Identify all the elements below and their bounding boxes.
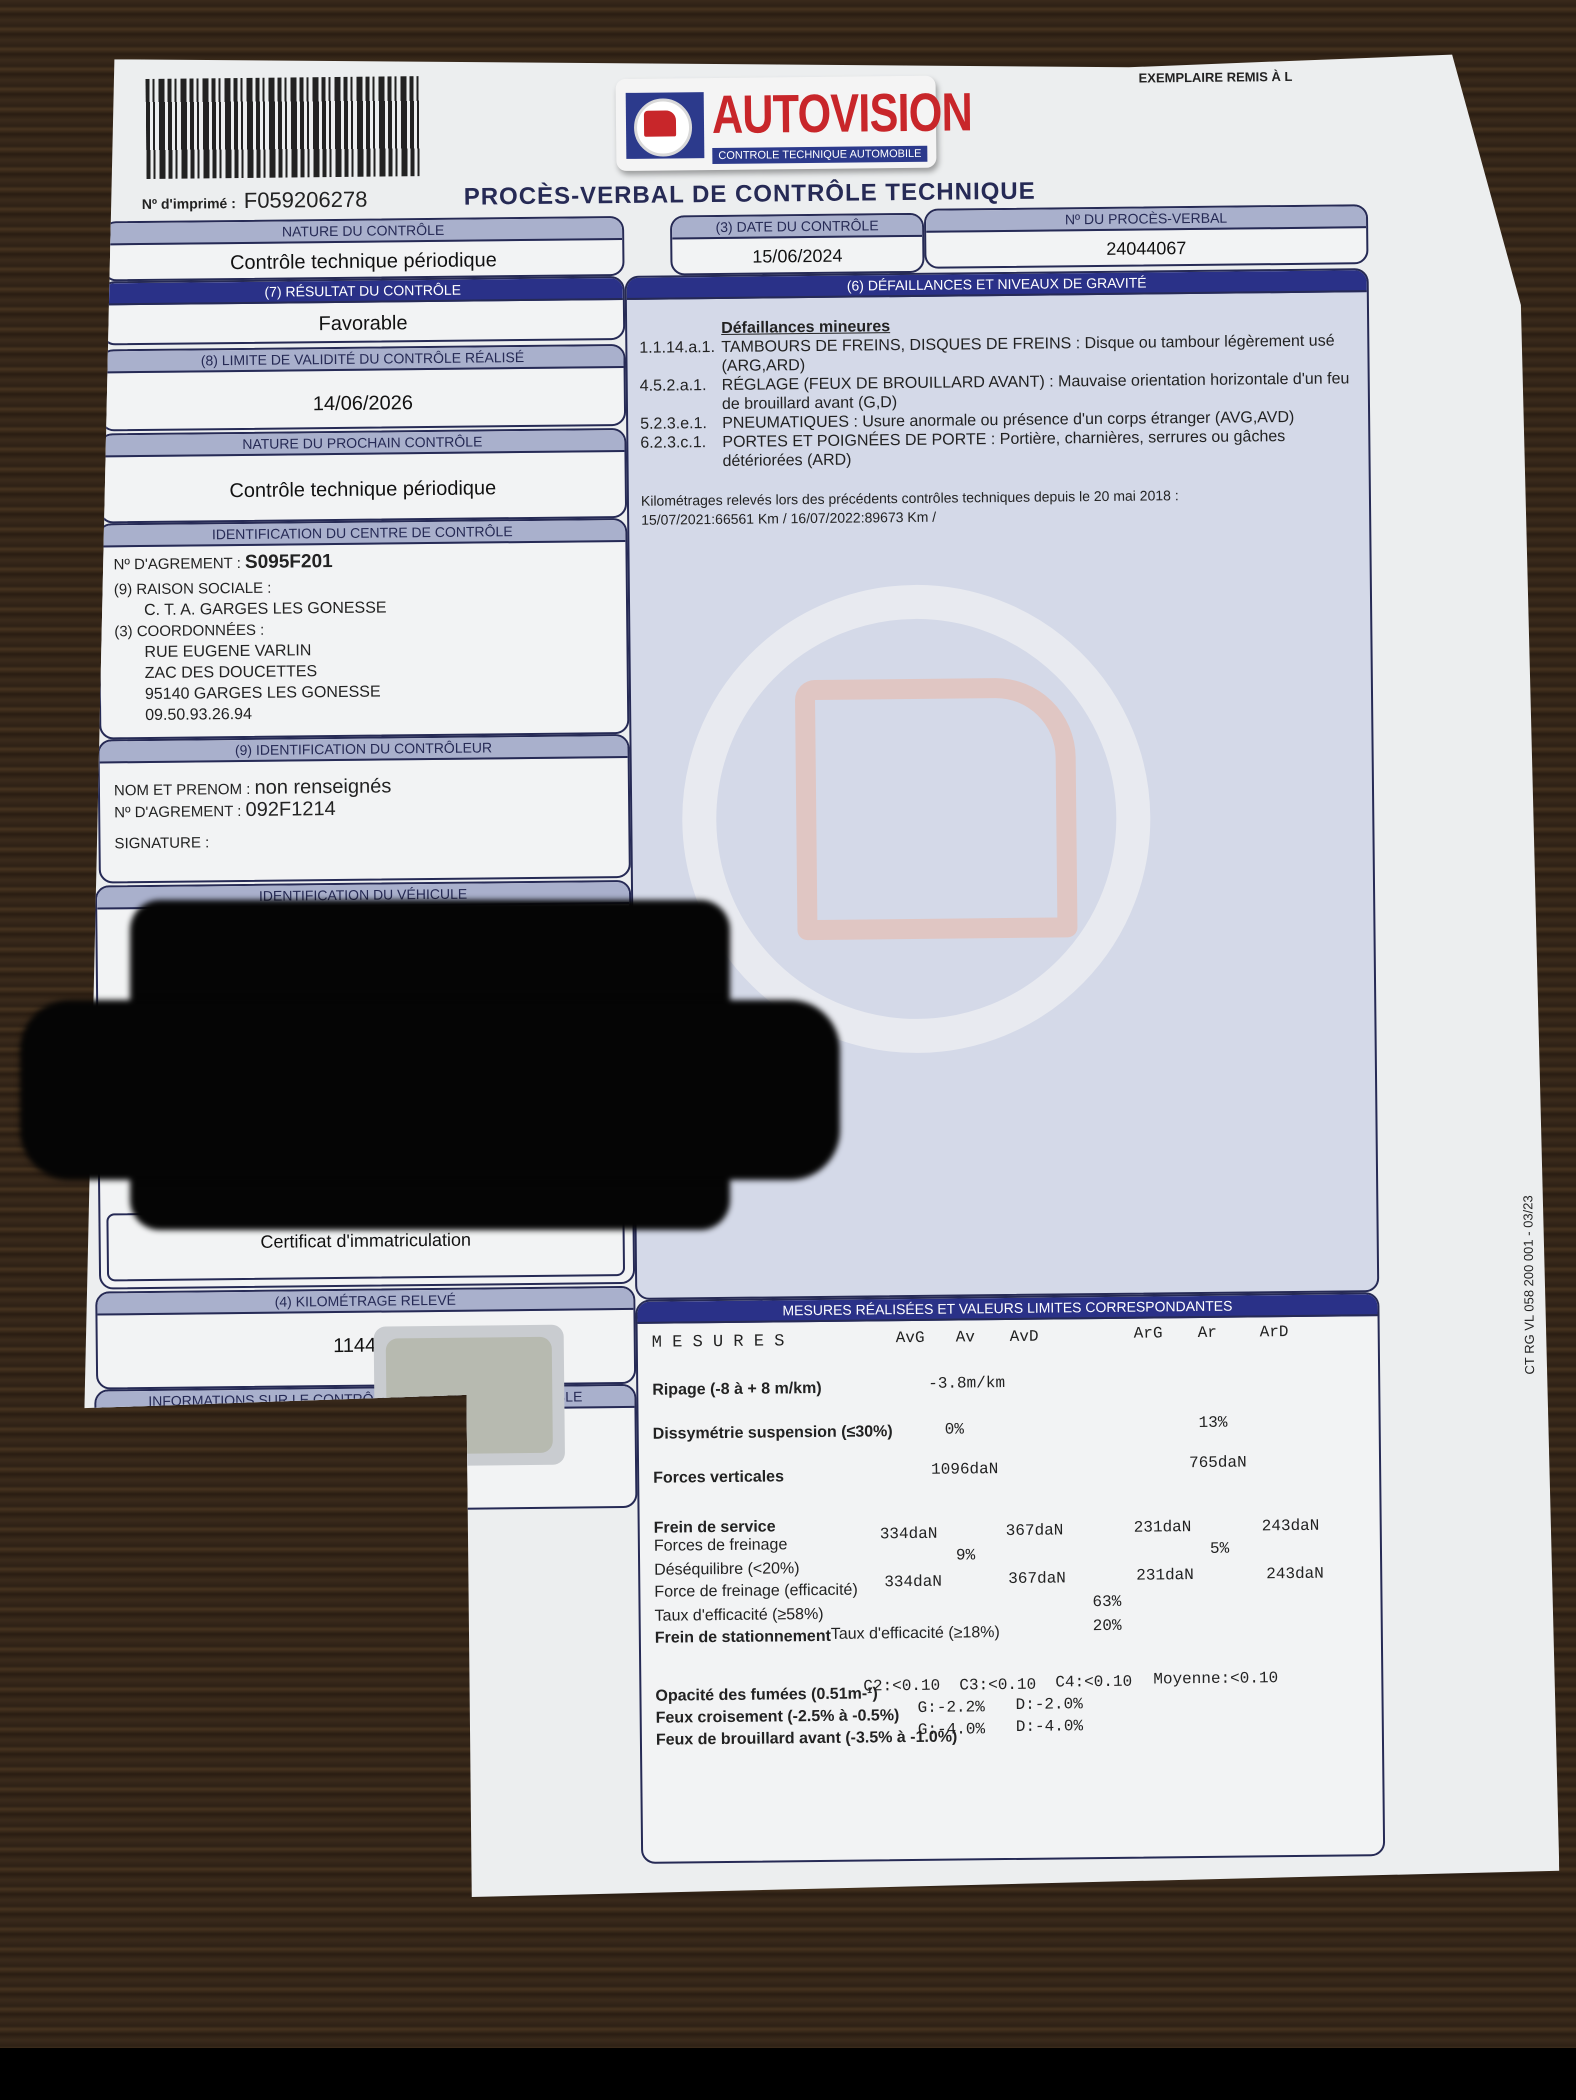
efficiency-rate-label: Taux d'efficacité (≥58%) (655, 1606, 824, 1626)
efficiency-force-value: 231daN (1136, 1566, 1194, 1585)
controller-box: (9) IDENTIFICATION DU CONTRÔLEUR NOM ET … (97, 734, 630, 884)
efficiency-force-value: 367daN (1008, 1569, 1066, 1588)
next-control-value: Contrôle technique périodique (100, 452, 624, 504)
printed-number: Nº d'imprimé :F059206278 (142, 187, 368, 215)
autovision-logo: AUTOVISION CONTROLE TECHNIQUE AUTOMOBILE (616, 76, 937, 171)
parking-brake-label: Frein de stationnement (655, 1628, 831, 1648)
center-box: IDENTIFICATION DU CENTRE DE CONTRÔLE Nº … (97, 518, 629, 740)
col-arg: ArG (1134, 1324, 1163, 1342)
ripage-value: -3.8m/km (928, 1374, 1005, 1393)
braking-force-value: 367daN (1006, 1521, 1064, 1540)
efficiency-force-label: Force de freinage (efficacité) (654, 1582, 858, 1602)
nature-box: NATURE DU CONTRÔLE Contrôle technique pé… (102, 216, 625, 281)
dissymmetry-front: 0% (945, 1420, 964, 1438)
col-av: Av (956, 1328, 975, 1346)
col-avd: AvD (1010, 1328, 1039, 1346)
defect-item: 6.2.3.c.1.PORTES ET POIGNÉES DE PORTE : … (640, 426, 1354, 471)
barcode (146, 76, 422, 179)
copy-note: EXEMPLAIRE REMIS À L (1138, 69, 1292, 86)
pv-number-value: 24044067 (926, 228, 1366, 262)
controller-agreement-label: Nº D'AGREMENT : (114, 803, 241, 821)
document-title: PROCÈS-VERBAL DE CONTRÔLE TECHNIQUE (464, 178, 1036, 212)
fog-lights-label: Feux de brouillard avant (-3.5% à -1.0%) (656, 1729, 958, 1750)
vertical-forces-front: 1096daN (931, 1460, 998, 1479)
center-agreement-label: Nº D'AGREMENT : (114, 555, 241, 573)
col-ar: Ar (1198, 1324, 1217, 1342)
col-ard: ArD (1260, 1323, 1289, 1341)
hologram-stamp (374, 1325, 565, 1467)
printed-number-label: Nº d'imprimé : (142, 195, 236, 212)
result-value: Favorable (103, 300, 623, 338)
dissymmetry-label: Dissymétrie suspension (≤30%) (653, 1423, 893, 1444)
nature-value: Contrôle technique périodique (104, 240, 622, 276)
vertical-forces-rear: 765daN (1189, 1454, 1247, 1473)
imbalance-label: Déséquilibre (<20%) (654, 1560, 800, 1580)
date-box: (3) DATE DU CONTRÔLE 15/06/2024 (670, 213, 925, 276)
service-brake-label: Frein de service (654, 1518, 776, 1537)
fog-left: G:-4.0% (918, 1720, 985, 1739)
efficiency-rate-value: 63% (1092, 1593, 1121, 1611)
date-value: 15/06/2024 (672, 237, 922, 269)
smoke-c2: C2:<0.10 (863, 1677, 940, 1696)
measures-box: MESURES RÉALISÉES ET VALEURS LIMITES COR… (635, 1292, 1385, 1864)
smoke-c3: C3:<0.10 (959, 1676, 1036, 1695)
col-avg: AvG (896, 1329, 925, 1347)
signature-label: SIGNATURE : (114, 828, 614, 854)
redaction-mask (20, 1000, 840, 1180)
logo-subtitle: CONTROLE TECHNIQUE AUTOMOBILE (712, 146, 927, 164)
lowbeam-right: D:-2.0% (1015, 1695, 1082, 1714)
pv-number-box: Nº DU PROCÈS-VERBAL 24044067 (924, 204, 1369, 269)
smoke-average: Moyenne:<0.10 (1153, 1669, 1278, 1688)
autovision-watermark (680, 582, 1153, 1055)
controller-name: non renseignés (254, 775, 391, 798)
parking-rate-value: 20% (1093, 1617, 1122, 1635)
ripage-label: Ripage (-8 à + 8 m/km) (652, 1380, 822, 1400)
dissymmetry-rear: 13% (1199, 1414, 1228, 1432)
imbalance-front: 9% (956, 1546, 975, 1564)
smoke-c4: C4:<0.10 (1055, 1673, 1132, 1692)
braking-forces-label: Forces de freinage (654, 1536, 788, 1555)
validity-box: (8) LIMITE DE VALIDITÉ DU CONTRÔLE RÉALI… (99, 344, 626, 432)
logo-name: AUTOVISION (712, 81, 973, 146)
car-magnifier-icon (626, 92, 705, 159)
parking-rate-label: Taux d'efficacité (≥18%) (831, 1624, 1000, 1644)
efficiency-force-value: 334daN (884, 1573, 942, 1592)
braking-force-value: 231daN (1134, 1518, 1192, 1537)
bottom-black-bar (0, 2048, 1576, 2100)
braking-force-value: 334daN (880, 1525, 938, 1544)
date-label: (3) DATE DU CONTRÔLE (672, 215, 922, 240)
controller-agreement: 092F1214 (245, 798, 335, 821)
imbalance-rear: 5% (1210, 1540, 1229, 1558)
smoke-opacity-label: Opacité des fumées (0.51m-¹) (655, 1685, 877, 1705)
lowbeam-left: G:-2.2% (918, 1698, 985, 1717)
result-box: (7) RÉSULTAT DU CONTRÔLE Favorable (101, 276, 626, 345)
efficiency-force-value: 243daN (1266, 1565, 1324, 1584)
validity-value: 14/06/2026 (102, 368, 624, 418)
vertical-forces-label: Forces verticales (653, 1468, 784, 1487)
center-agreement: S095F201 (245, 551, 333, 573)
braking-force-value: 243daN (1262, 1517, 1320, 1536)
controller-name-label: NOM ET PRENOM : (114, 781, 251, 799)
next-control-box: NATURE DU PROCHAIN CONTRÔLE Contrôle tec… (98, 428, 627, 524)
measures-col-title: M E S U R E S (652, 1332, 785, 1352)
fog-right: D:-4.0% (1016, 1717, 1083, 1736)
form-code: CT RG VL 058 200 001 - 03/23 (1520, 1195, 1537, 1374)
phone-number: 09.50.93.26.94 (115, 700, 613, 726)
lowbeam-label: Feux croisement (-2.5% à -0.5%) (656, 1707, 900, 1728)
printed-number-value: F059206278 (244, 187, 368, 213)
